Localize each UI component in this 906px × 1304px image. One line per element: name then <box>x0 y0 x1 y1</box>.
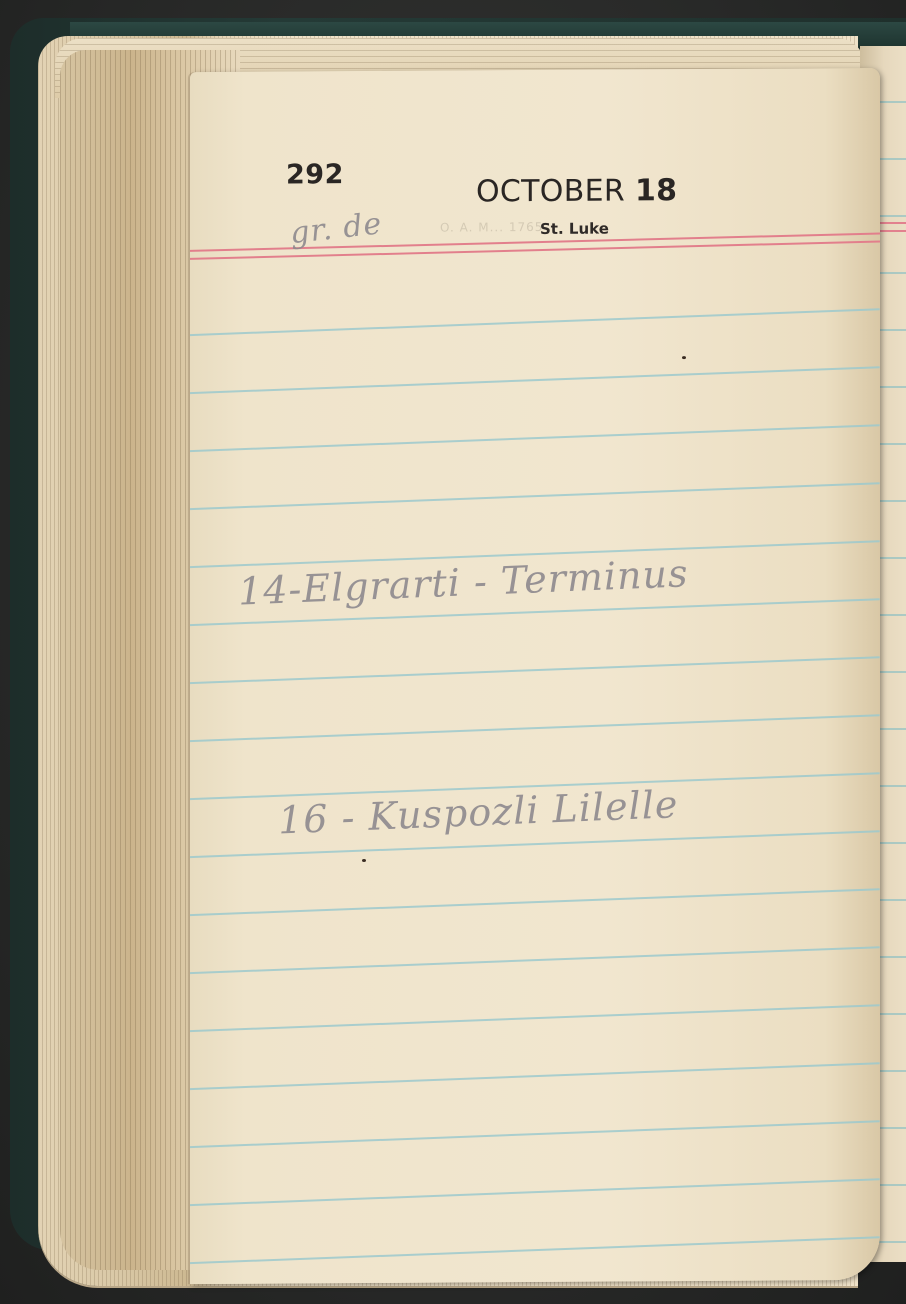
paper-speck <box>682 356 686 359</box>
ruled-line <box>190 308 880 336</box>
handwritten-entry: 16 - Kuspozli Lilelle <box>277 782 679 842</box>
diary-page: 292 OCTOBER18 O. A. M... 1765 St. Luke g… <box>190 68 880 1284</box>
date-month: OCTOBER <box>476 173 625 209</box>
ruled-line <box>190 714 880 742</box>
date-heading: OCTOBER18 <box>476 173 677 209</box>
ruled-line <box>190 1004 880 1032</box>
feast-day: St. Luke <box>540 220 609 238</box>
ruled-line <box>190 1062 880 1090</box>
ruled-line <box>190 1178 880 1206</box>
ruled-line <box>190 888 880 916</box>
ruled-line <box>190 1236 880 1264</box>
date-day: 18 <box>635 173 677 208</box>
ruled-line <box>190 366 880 394</box>
ruled-line <box>190 656 880 684</box>
entry-separator: - <box>341 795 356 840</box>
entry-time: 14 <box>237 568 289 614</box>
ruled-line <box>190 1120 880 1148</box>
page-number: 292 <box>286 159 344 190</box>
handwritten-entry: 14-Elgrarti - Terminus <box>237 551 689 613</box>
ruled-line <box>190 946 880 974</box>
ruled-line <box>190 424 880 452</box>
entry-time: 16 <box>277 797 329 843</box>
paper-speck <box>362 859 366 862</box>
ruled-line <box>190 482 880 510</box>
show-through-text: O. A. M... 1765 <box>440 220 543 235</box>
